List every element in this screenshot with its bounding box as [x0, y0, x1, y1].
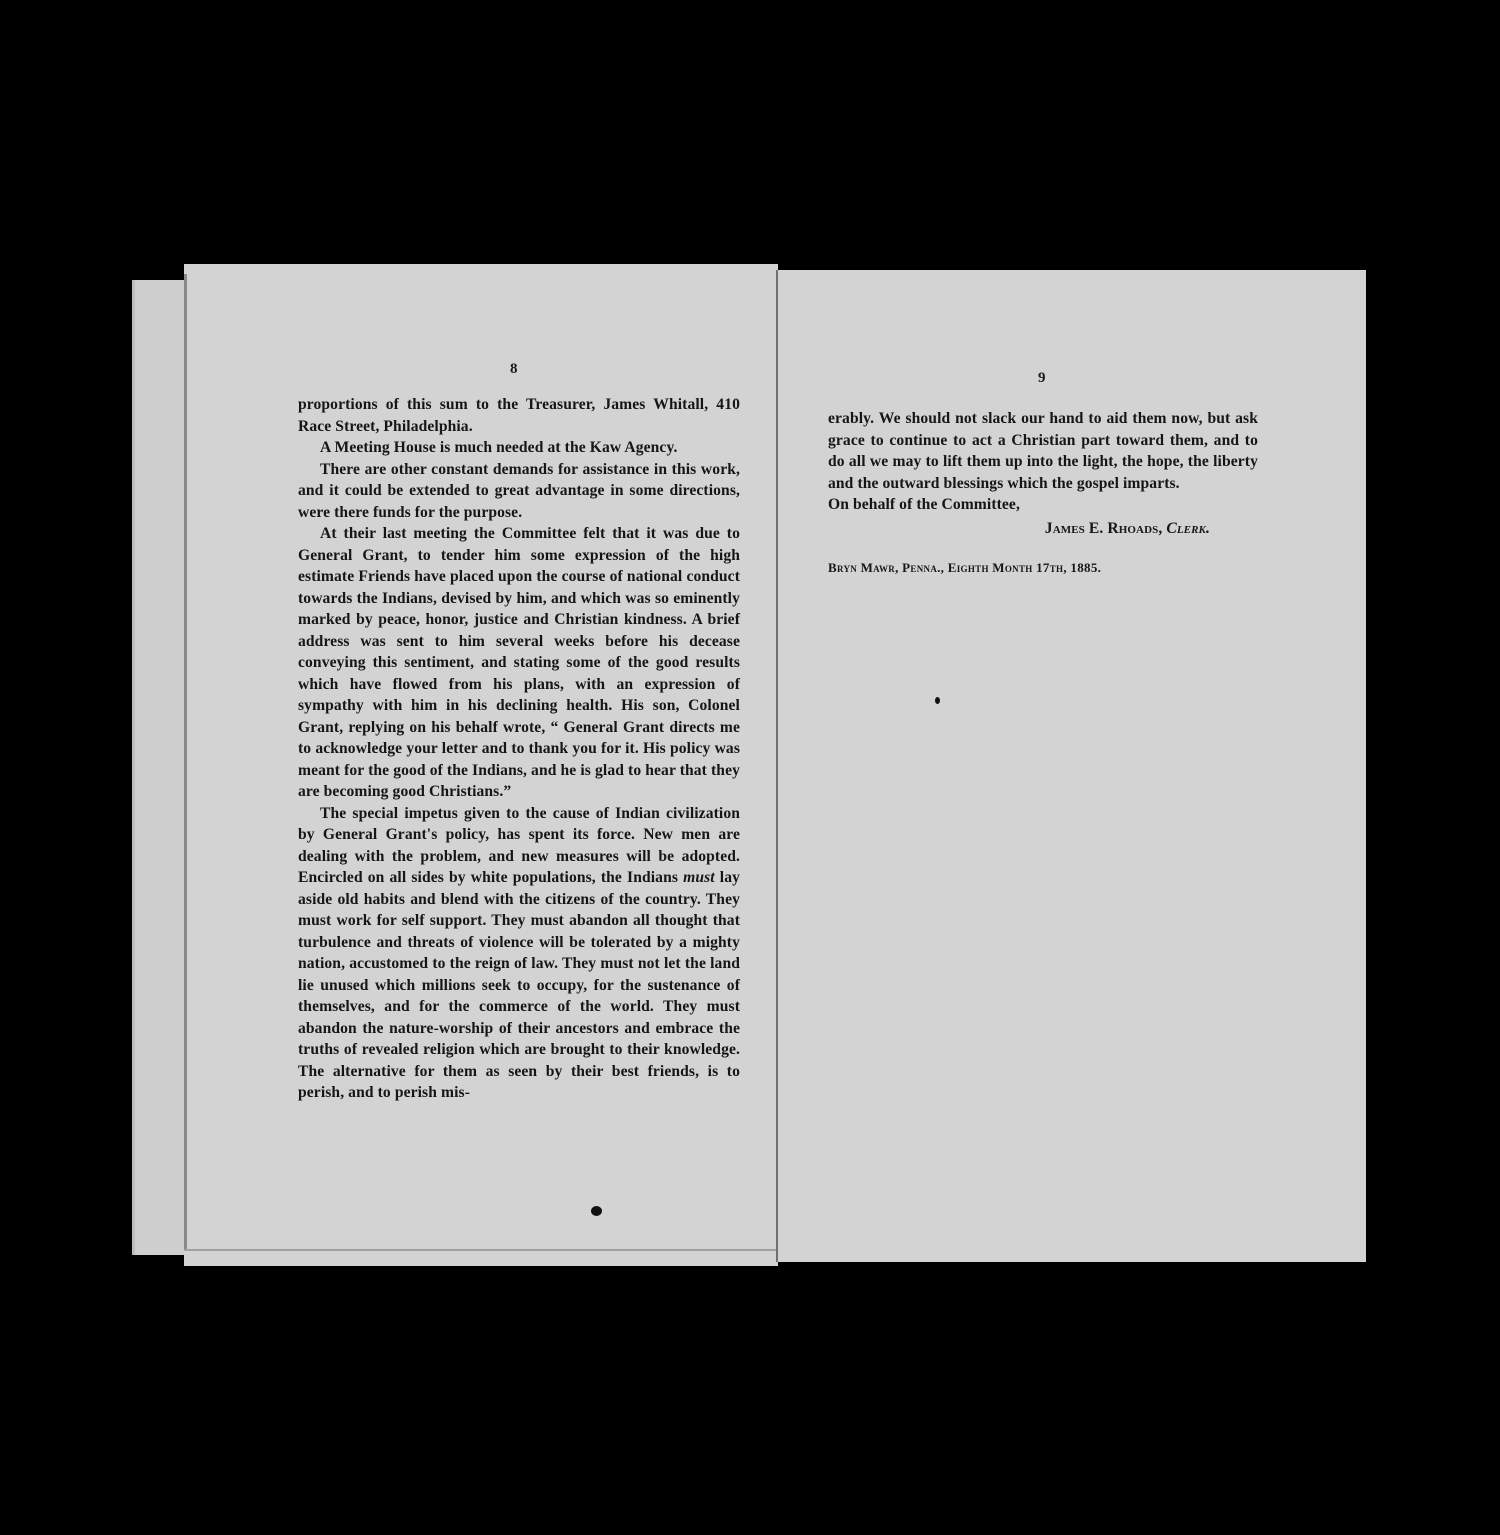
paragraph: A Meeting House is much needed at the Ka… [298, 437, 740, 459]
page-border-line [184, 274, 187, 1249]
paragraph: There are other constant demands for ass… [298, 459, 740, 524]
paragraph: The special impetus given to the cause o… [298, 803, 740, 1104]
signature: James E. Rhoads, Clerk. [828, 518, 1258, 540]
ink-speck [591, 1206, 602, 1216]
closing-line: On behalf of the Committee, [828, 494, 1258, 516]
paragraph: erably. We should not slack our hand to … [828, 408, 1258, 494]
page-number-left: 8 [510, 361, 518, 378]
left-page: 8 proportions of this sum to the Treasur… [184, 264, 778, 1266]
emphasis: must [683, 869, 715, 886]
right-page-body: erably. We should not slack our hand to … [828, 408, 1258, 579]
adjacent-page-edge [132, 280, 184, 1255]
paragraph: proportions of this sum to the Treasurer… [298, 394, 740, 437]
place-and-date: Bryn Mawr, Penna., Eighth Month 17th, 18… [828, 557, 1258, 579]
ink-speck [935, 697, 940, 704]
page-border-line [184, 1249, 778, 1251]
right-page: 9 erably. We should not slack our hand t… [778, 270, 1366, 1262]
paragraph: At their last meeting the Committee felt… [298, 523, 740, 803]
page-number-right: 9 [1038, 370, 1046, 387]
left-page-body: proportions of this sum to the Treasurer… [298, 394, 740, 1104]
